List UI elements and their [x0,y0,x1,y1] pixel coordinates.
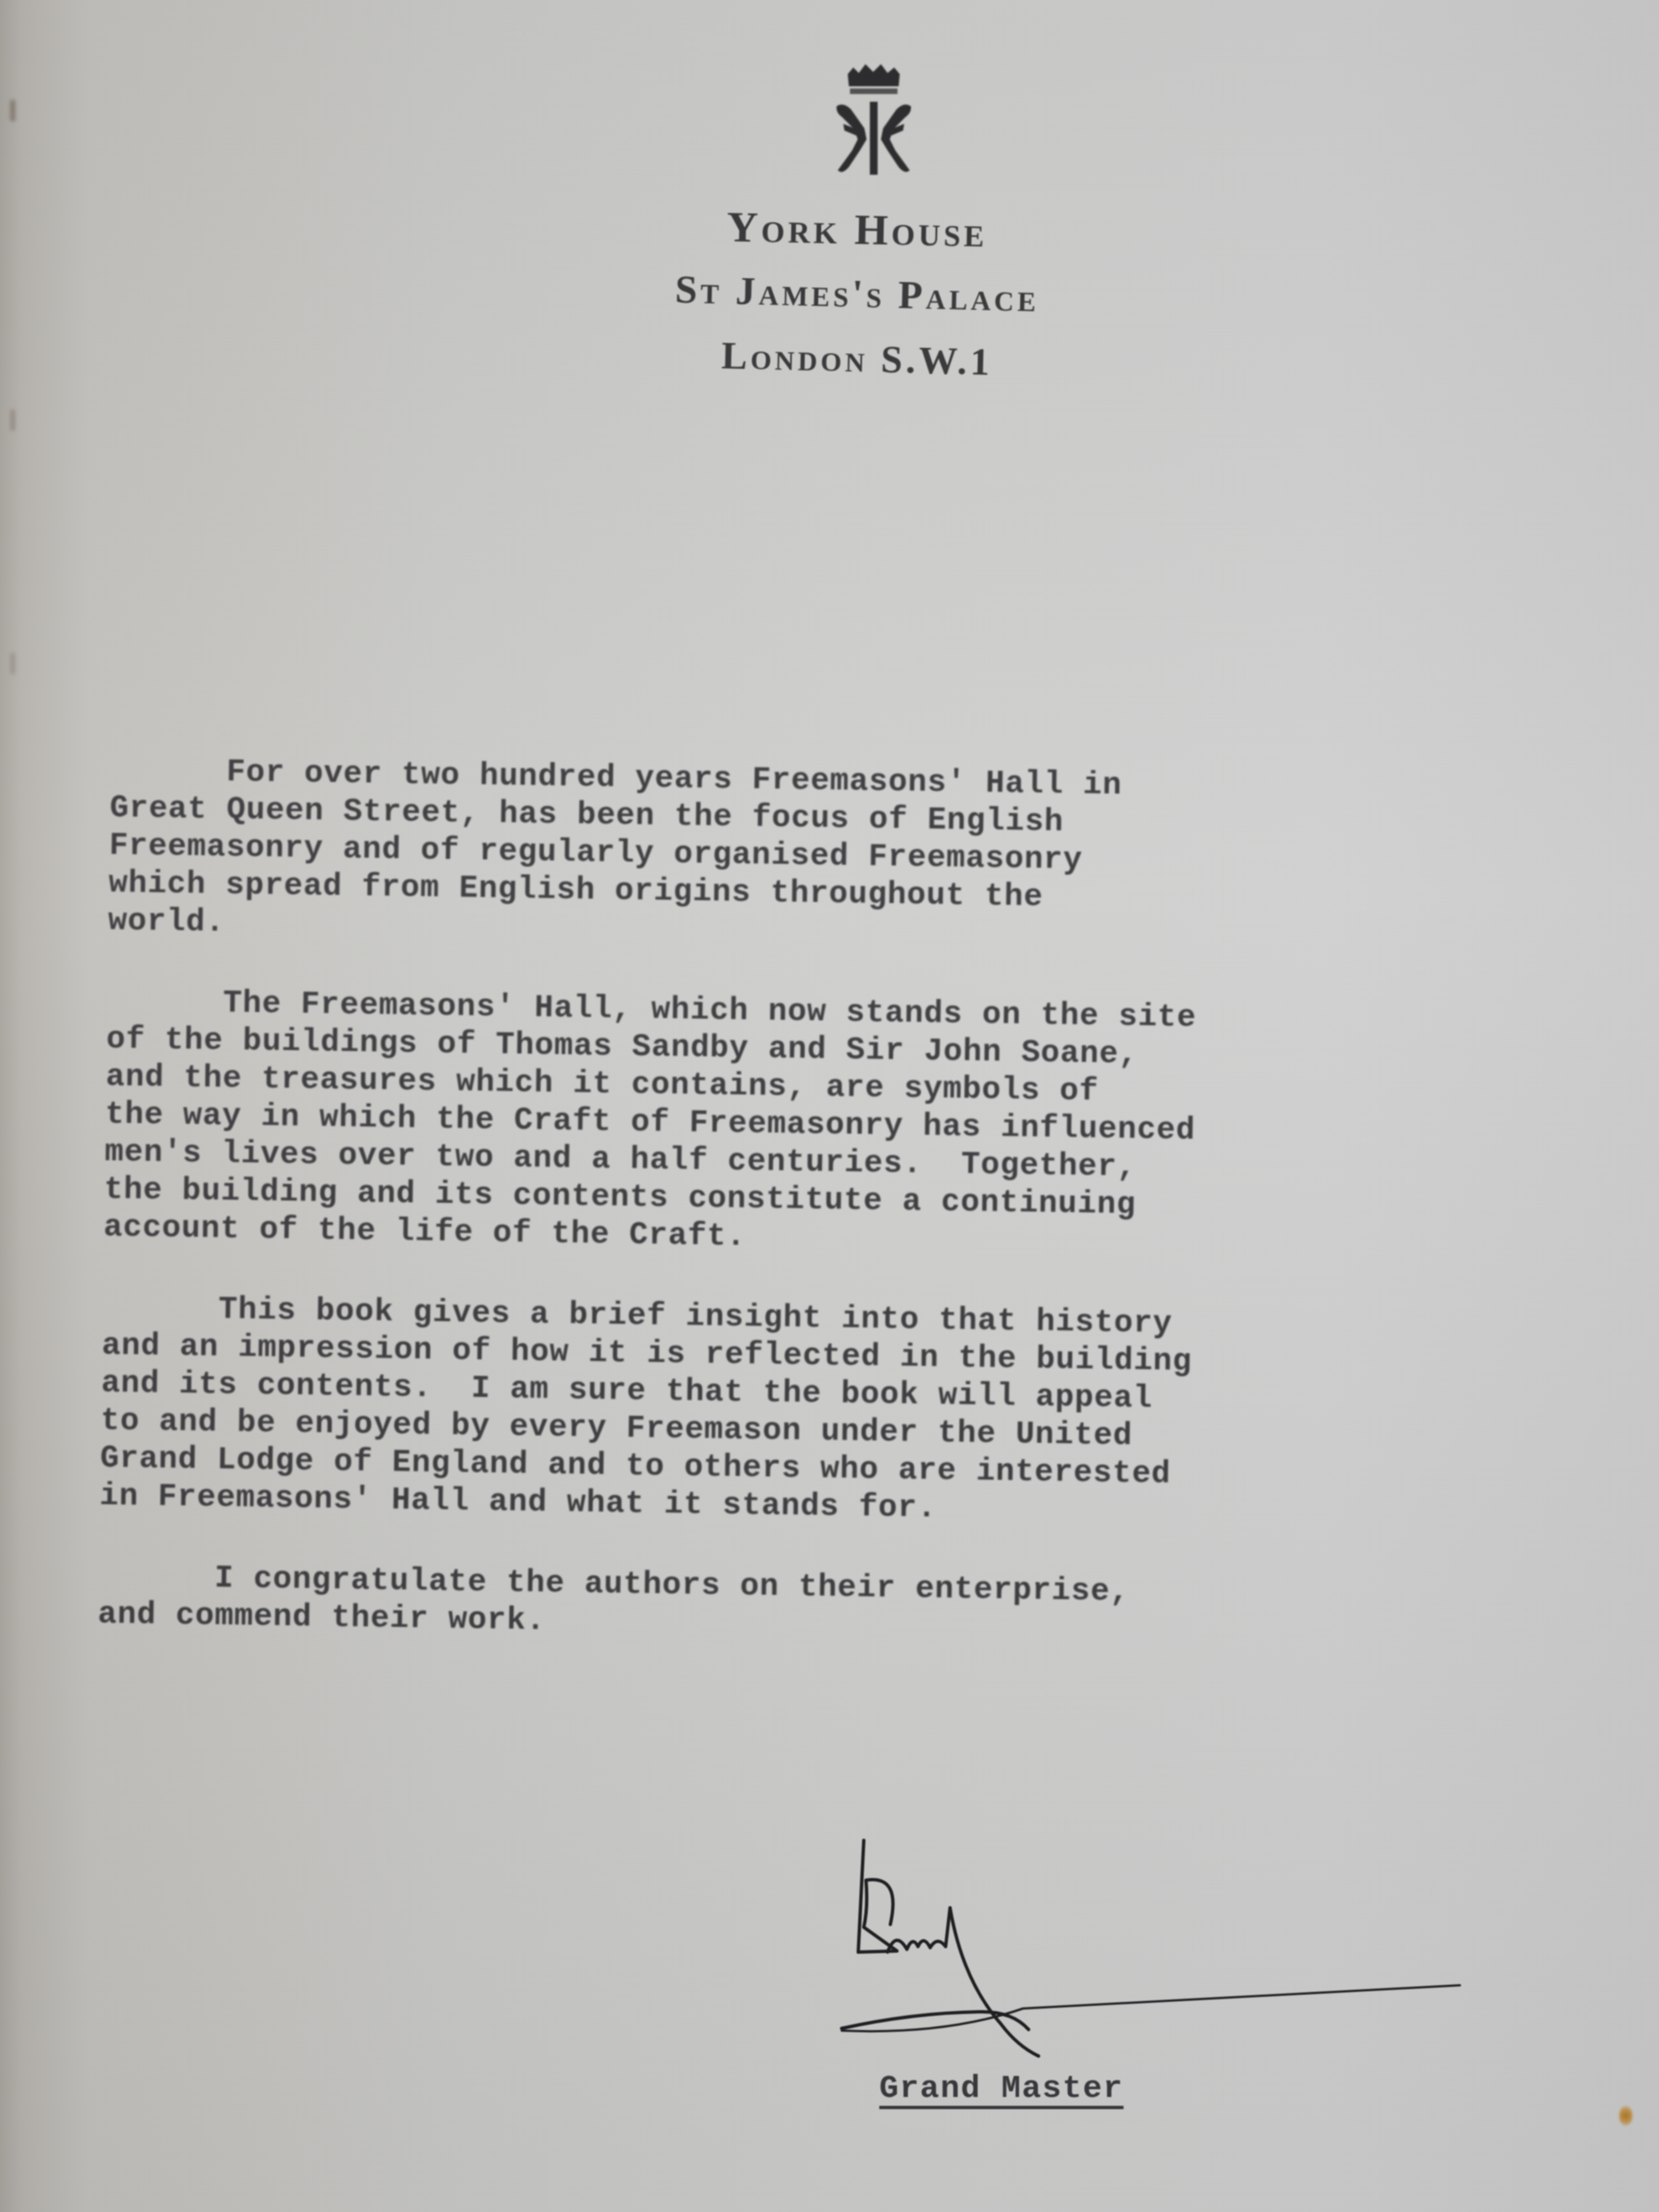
letterhead-line: London S.W.1 [608,331,1107,388]
paper-stain [1619,2106,1632,2126]
signature-mark [835,1825,1488,2085]
letter-paragraph: I congratulate the authors on their ente… [97,1558,1481,1654]
letter-page: York House St James's Palace London S.W.… [0,0,1659,2212]
letterhead-line: St James's Palace [608,265,1107,323]
binding-mark [10,653,15,675]
binding-mark [10,100,15,122]
binding-mark [10,409,15,431]
letterhead-line: York House [608,200,1107,260]
letter-paragraph: For over two hundred years Freemasons' H… [108,752,1493,961]
crown-monogram-icon [832,62,915,181]
letter-paragraph: The Freemasons' Hall, which now stands o… [103,983,1490,1267]
letter-body: For over two hundred years Freemasons' H… [97,752,1493,1697]
signatory-title: Grand Master [879,2071,1124,2107]
letter-paragraph: This book gives a brief insight into tha… [100,1290,1485,1536]
